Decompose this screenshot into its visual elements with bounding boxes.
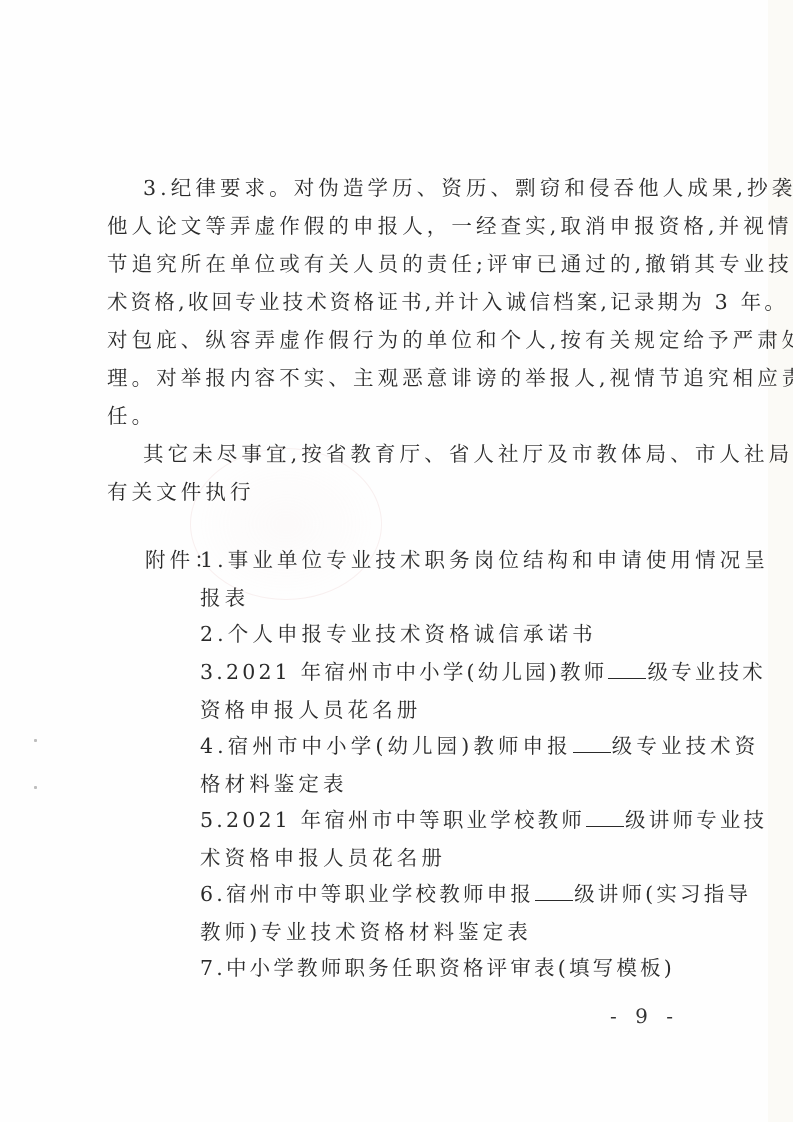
attachment-line: 3.2021 年宿州市中小学(幼儿园)教师级专业技术 (200, 660, 766, 684)
attachment-line: 7.中小学教师职务任职资格评审表(填写模板) (200, 956, 675, 980)
text-line: 他人论文等弄虚作假的申报人，一经查实,取消申报资格,并视情 (107, 214, 792, 238)
text-line: 对包庇、纵容弄虚作假行为的单位和个人,按有关规定给予严肃处 (107, 328, 793, 352)
text-line: 任。 (107, 404, 156, 428)
attachment-line: 报表 (200, 586, 249, 610)
text-line: 术资格,收回专业技术资格证书,并计入诚信档案,记录期为 3 年。 (107, 290, 788, 314)
fill-in-blank (573, 734, 611, 753)
attachment-line: 5.2021 年宿州市中等职业学校教师级讲师专业技 (200, 808, 767, 832)
faint-seal-stamp (190, 448, 382, 600)
fill-in-blank (535, 882, 573, 901)
scan-speck (34, 739, 37, 742)
scan-edge (768, 0, 793, 1122)
attachment-text: 5.2021 年宿州市中等职业学校教师 (200, 808, 585, 832)
attachment-text: 级讲师(实习指导 (574, 882, 751, 906)
scan-speck (34, 786, 37, 789)
text-line: 节追究所在单位或有关人员的责任;评审已通过的,撤销其专业技 (107, 252, 793, 276)
attachment-line: 2.个人申报专业技术资格诚信承诺书 (200, 622, 597, 646)
text-line: 其它未尽事宜,按省教育厅、省人社厅及市教体局、市人社局 (143, 442, 793, 466)
fill-in-blank (586, 808, 624, 827)
attachment-text: 4.宿州市中小学(幼儿园)教师申报 (200, 734, 572, 758)
attachment-line: 4.宿州市中小学(幼儿园)教师申报级专业技术资 (200, 734, 759, 758)
attachment-text: 级专业技术资 (612, 734, 760, 758)
attachment-line: 教师)专业技术资格材料鉴定表 (200, 920, 532, 944)
text-line: 有关文件执行 (107, 480, 255, 504)
attachment-text: 级讲师专业技 (625, 808, 767, 832)
text-line: 理。对举报内容不实、主观恶意诽谤的举报人,视情节追究相应责 (107, 366, 793, 390)
text-line: 3.纪律要求。对伪造学历、资历、剽窃和侵吞他人成果,抄袭 (143, 176, 793, 200)
attachment-line: 资格申报人员花名册 (200, 698, 421, 722)
document-page: 3.纪律要求。对伪造学历、资历、剽窃和侵吞他人成果,抄袭 他人论文等弄虚作假的申… (0, 0, 793, 1122)
fill-in-blank (608, 660, 646, 679)
attachment-line: 1.事业单位专业技术职务岗位结构和申请使用情况呈 (200, 548, 769, 572)
attachment-text: 级专业技术 (647, 660, 766, 684)
attachment-line: 格材料鉴定表 (200, 772, 348, 796)
attachment-text: 6.宿州市中等职业学校教师申报 (200, 882, 534, 906)
attachment-line: 术资格申报人员花名册 (200, 846, 446, 870)
attachment-text: 3.2021 年宿州市中小学(幼儿园)教师 (200, 660, 607, 684)
attachment-line: 6.宿州市中等职业学校教师申报级讲师(实习指导 (200, 882, 751, 906)
page-number: - 9 - (610, 1004, 679, 1028)
